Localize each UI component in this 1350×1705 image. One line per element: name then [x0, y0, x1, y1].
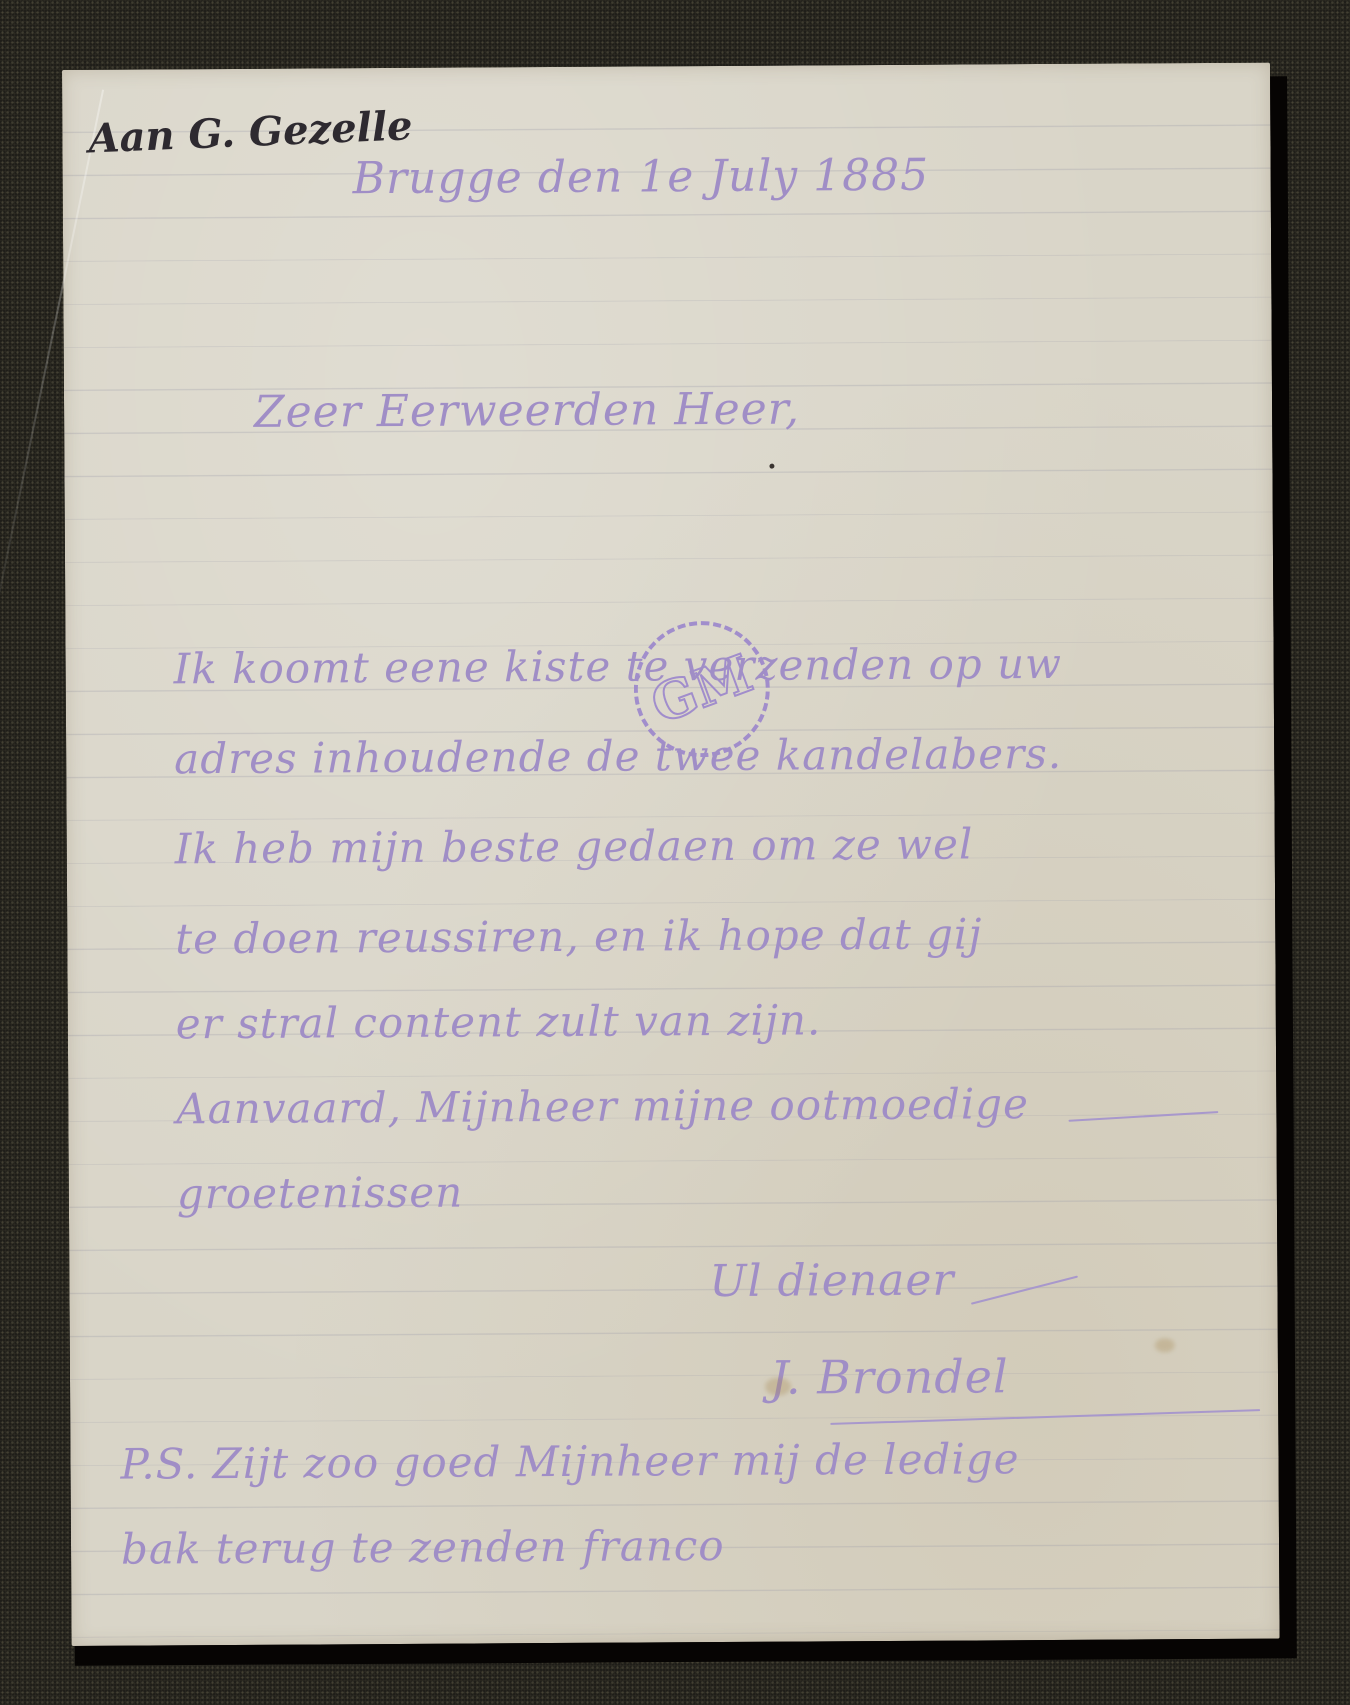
signature-underline [830, 1409, 1260, 1425]
ink-speck [769, 464, 774, 469]
salutation: Zeer Eerweerden Heer, [254, 383, 800, 437]
closing: Ul dienaer [709, 1255, 954, 1307]
flourish-stroke [1068, 1111, 1218, 1122]
body-line-6: Aanvaard, Mijnheer mijne ootmoedige [176, 1079, 1029, 1133]
paper-stain [1155, 1338, 1175, 1352]
signature: J. Brondel [770, 1349, 1009, 1404]
body-line-7: groetenissen [177, 1168, 464, 1219]
postscript-line-2: bak terug te zenden franco [121, 1521, 725, 1574]
paper-crease [0, 90, 104, 717]
letter-paper: Aan G. Gezelle Brugge den 1e July 1885 Z… [62, 63, 1280, 1646]
body-line-1: Ik koomt eene kiste te verzenden op uw [174, 639, 1063, 693]
body-line-4: te doen reussiren, en ik hope dat gij [175, 909, 982, 963]
paper-stain [765, 1378, 791, 1396]
date-line: Brugge den 1e July 1885 [353, 150, 930, 205]
body-line-5: er stral content zult van zijn. [176, 995, 822, 1048]
closing-flourish [971, 1276, 1078, 1305]
postscript-line-1: P.S. Zijt zoo goed Mijnheer mij de ledig… [120, 1434, 1019, 1488]
body-line-3: Ik heb mijn beste gedaen om ze wel [175, 819, 974, 873]
body-line-2: adres inhoudende de twee kandelabers. [174, 729, 1062, 783]
